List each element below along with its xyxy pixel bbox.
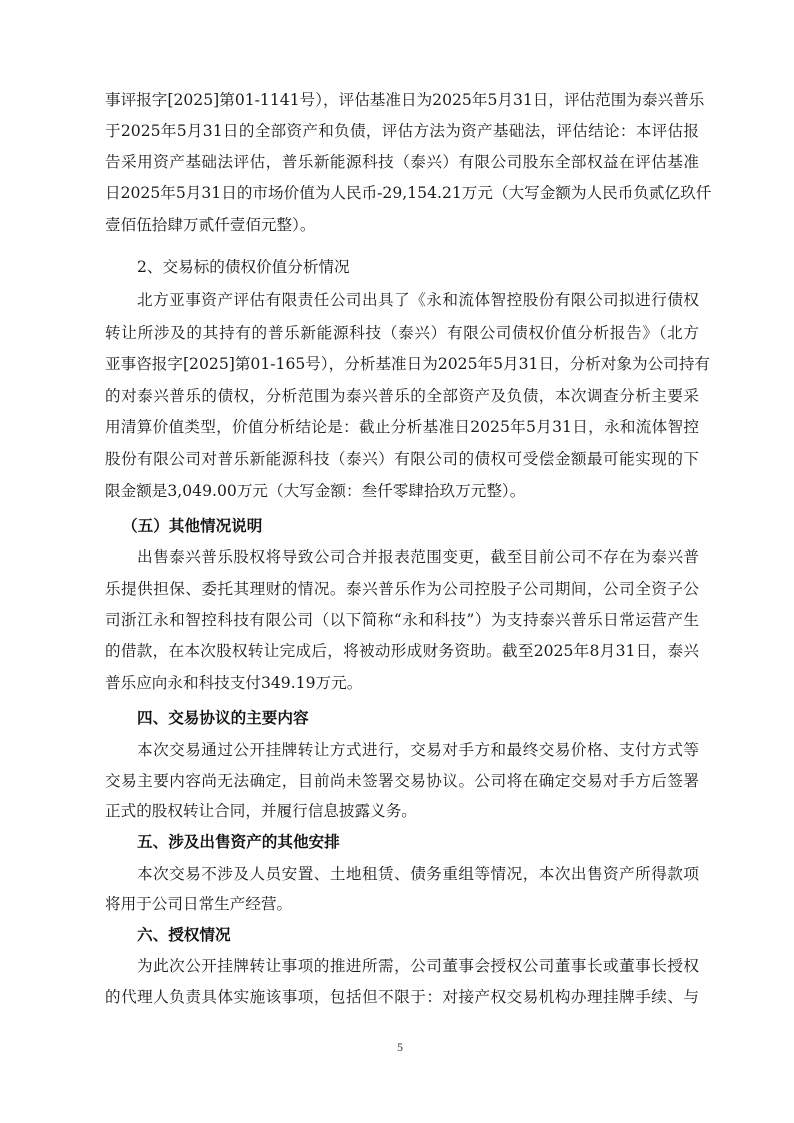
section-subheading-debt-analysis: 2、交易标的债权价值分析情况 <box>137 256 350 278</box>
section-heading-other-notes: （五）其他情况说明 <box>122 515 262 537</box>
section-heading-other-arrangements: 五、涉及出售资产的其他安排 <box>137 831 340 853</box>
paragraph-line: 转让所涉及的其持有的普乐新能源科技（泰兴）有限公司债权价值分析报告》（北方 <box>105 322 699 344</box>
paragraph-line: 告采用资产基础法评估，普乐新能源科技（泰兴）有限公司股东全部权益在评估基准 <box>105 151 699 173</box>
paragraph-line: 日2025年5月31日的市场价值为人民币-29,154.21万元（大写金额为人民… <box>105 182 699 204</box>
paragraph-line: 乐提供担保、委托其理财的情况。泰兴普乐作为公司控股子公司期间，公司全资子公 <box>105 578 699 600</box>
paragraph-line: 本次交易通过公开挂牌转让方式进行，交易对手方和最终交易价格、支付方式等 <box>137 739 699 761</box>
section-heading-agreement: 四、交易协议的主要内容 <box>137 707 309 729</box>
paragraph-line: 于2025年5月31日的全部资产和负债，评估方法为资产基础法，评估结论：本评估报 <box>105 120 699 142</box>
paragraph-line: 出售泰兴普乐股权将导致公司合并报表范围变更，截至目前公司不存在为泰兴普 <box>137 546 699 568</box>
paragraph-line: 为此次公开挂牌转让事项的推进所需，公司董事会授权公司董事长或董事长授权 <box>137 955 699 977</box>
paragraph-line: 壹佰伍拾肆万贰仟壹佰元整）。 <box>105 214 699 236</box>
paragraph-line: 亚事咨报字[2025]第01-165号），分析基准日为2025年5月31日，分析… <box>105 353 699 375</box>
paragraph-line: 普乐应向永和科技支付349.19万元。 <box>105 672 699 694</box>
paragraph-line: 的代理人负责具体实施该事项，包括但不限于：对接产权交易机构办理挂牌手续、与 <box>105 986 699 1008</box>
paragraph-line: 司浙江永和智控科技有限公司（以下简称“永和科技”）为支持泰兴普乐日常运营产生 <box>105 609 699 631</box>
paragraph-line: 交易主要内容尚无法确定，目前尚未签署交易协议。公司将在确定交易对手方后签署 <box>105 770 699 792</box>
page-number: 5 <box>390 1040 410 1055</box>
document-page: 事评报字[2025]第01-1141号），评估基准日为2025年5月31日，评估… <box>0 0 794 1123</box>
paragraph-line: 正式的股权转让合同，并履行信息披露义务。 <box>105 800 699 822</box>
paragraph-line: 北方亚事资产评估有限责任公司出具了《永和流体智控股份有限公司拟进行债权 <box>137 289 699 311</box>
paragraph-line: 限金额是3,049.00万元（大写金额：叁仟零肆拾玖万元整）。 <box>105 480 699 502</box>
section-heading-authorization: 六、授权情况 <box>137 924 231 946</box>
paragraph-line: 的对泰兴普乐的债权，分析范围为泰兴普乐的全部资产及负债，本次调查分析主要采 <box>105 385 699 407</box>
paragraph-line: 将用于公司日常生产经营。 <box>105 893 699 915</box>
paragraph-line: 的借款，在本次股权转让完成后，将被动形成财务资助。截至2025年8月31日，泰兴 <box>105 640 699 662</box>
paragraph-line: 用清算价值类型，价值分析结论是：截止分析基准日2025年5月31日，永和流体智控 <box>105 416 699 438</box>
paragraph-line: 事评报字[2025]第01-1141号），评估基准日为2025年5月31日，评估… <box>105 89 699 111</box>
paragraph-line: 本次交易不涉及人员安置、土地租赁、债务重组等情况，本次出售资产所得款项 <box>137 863 699 885</box>
paragraph-line: 股份有限公司对普乐新能源科技（泰兴）有限公司的债权可受偿金额最可能实现的下 <box>105 448 699 470</box>
